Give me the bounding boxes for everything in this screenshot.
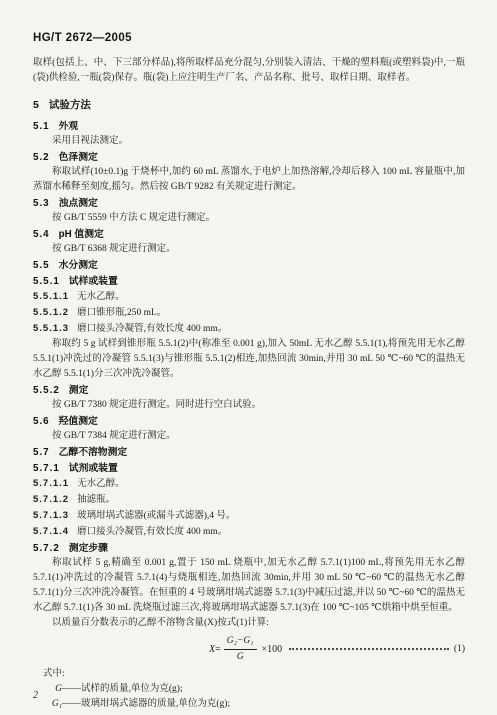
equation-1: X=G₂−G₁G×100(1) (33, 635, 465, 664)
symbol-term: G₁ (45, 697, 62, 712)
clause-item-text: 磨口接头冷凝管,有效长度 400 mm。 (77, 324, 227, 334)
clause-item-number: 5.7.1.3 (33, 510, 69, 521)
page-number: 2 (33, 690, 38, 701)
clause-item-5-7-1-4: 5.7.1.4磨口接头冷凝管,有效长度 400 mm。 (33, 524, 465, 540)
clause-title: 试剂或装置 (69, 463, 118, 474)
clause-item-5-5-1-2: 5.5.1.2磨口锥形瓶,250 mL。 (33, 305, 465, 321)
body-paragraph: 按 GB/T 7384 规定进行测定。 (33, 429, 465, 444)
clause-item-text: 抽滤瓶。 (77, 495, 115, 505)
clause-number: 5.1 (33, 121, 50, 132)
clause-item-text: 玻璃坩埚式滤器(或漏斗式滤器),4 号。 (77, 511, 235, 521)
clause-item-5-7-1-3: 5.7.1.3玻璃坩埚式滤器(或漏斗式滤器),4 号。 (33, 508, 465, 524)
clause-number: 5.5 (33, 260, 50, 271)
clause-item-number: 5.7.1.4 (33, 526, 69, 537)
equation-number: (1) (454, 643, 465, 656)
definition-text: 玻璃坩埚式滤器的质量,单位为克(g); (81, 699, 230, 709)
clause-heading-5-7: 5.7乙醇不溶物测定 (33, 445, 465, 460)
clause-heading-5-1: 5.1外观 (33, 119, 465, 134)
clause-item-number: 5.5.1.3 (33, 323, 69, 334)
clause-title: 试样或装置 (69, 276, 118, 287)
clause-item-text: 无水乙醇。 (77, 479, 125, 489)
dotted-leader (289, 648, 449, 650)
clause-title: 羟值测定 (59, 416, 98, 427)
clause-item-5-7-1-1: 5.7.1.1无水乙醇。 (33, 476, 465, 492)
symbol-definition: G——试样的质量,单位为克(g); (33, 682, 465, 697)
fraction-denominator: G (237, 650, 244, 664)
clause-item-5-7-1-2: 5.7.1.2抽滤瓶。 (33, 492, 465, 508)
fraction: G₂−G₁G (224, 635, 257, 664)
document-page: HG/T 2672—2005 取样(包括上、中、下三部分样品),将所取样品充分混… (0, 0, 497, 715)
clause-title: 测定步骤 (69, 543, 108, 554)
clause-number: 5.7.2 (33, 543, 60, 554)
clause-title: 乙醇不溶物测定 (59, 447, 128, 458)
definition-dash: —— (62, 699, 81, 709)
body-paragraph: 称取试样 5 g,精确至 0.001 g,置于 150 mL 烧瓶中,加无水乙醇… (33, 556, 465, 616)
clause-heading-5: 5试验方法 (33, 98, 465, 113)
body-paragraph: 按 GB/T 5559 中方法 C 规定进行测定。 (33, 211, 465, 226)
clause-title: 水分测定 (59, 260, 98, 271)
clause-heading-5-5-1: 5.5.1试样或装置 (33, 274, 465, 289)
clause-number: 5.7.1 (33, 463, 60, 474)
definition-dash: —— (62, 684, 81, 694)
definition-text: 试样的质量,单位为克(g); (81, 684, 183, 694)
body-paragraph: 以质量百分数表示的乙醇不溶物含量(X)按式(1)计算: (33, 616, 465, 631)
clause-item-number: 5.5.1.1 (33, 291, 69, 302)
symbol-term: G (45, 682, 62, 697)
formula-where-label: 式中: (33, 667, 465, 682)
clause-item-text: 无水乙醇。 (77, 292, 125, 302)
clause-heading-5-3: 5.3浊点测定 (33, 196, 465, 211)
clause-number: 5.4 (33, 229, 50, 240)
clause-item-5-5-1-3: 5.5.1.3磨口接头冷凝管,有效长度 400 mm。 (33, 321, 465, 337)
clause-number: 5 (33, 99, 40, 111)
body-paragraph: 取样(包括上、中、下三部分样品),将所取样品充分混匀,分别装入清洁、干燥的塑料瓶… (33, 56, 465, 86)
body-paragraph: 按 GB/T 7380 规定进行测定。同时进行空白试验。 (33, 398, 465, 413)
document-body: 取样(包括上、中、下三部分样品),将所取样品充分混匀,分别装入清洁、干燥的塑料瓶… (33, 56, 465, 712)
clause-heading-5-5: 5.5水分测定 (33, 258, 465, 273)
clause-title: 浊点测定 (59, 198, 98, 209)
fraction-numerator: G₂−G₁ (224, 635, 257, 650)
clause-title: pH 值测定 (59, 229, 104, 240)
clause-item-5-5-1-1: 5.5.1.1无水乙醇。 (33, 289, 465, 305)
clause-title: 测定 (69, 385, 89, 396)
clause-item-number: 5.5.1.2 (33, 307, 69, 318)
clause-number: 5.5.2 (33, 385, 60, 396)
clause-item-text: 磨口锥形瓶,250 mL。 (77, 308, 166, 318)
body-paragraph: 采用目视法测定。 (33, 134, 465, 149)
clause-number: 5.5.1 (33, 276, 60, 287)
clause-heading-5-6: 5.6羟值测定 (33, 414, 465, 429)
clause-title: 试验方法 (49, 99, 91, 111)
clause-number: 5.3 (33, 198, 50, 209)
clause-title: 色泽测定 (59, 152, 98, 163)
clause-item-number: 5.7.1.2 (33, 494, 69, 505)
equals-sign: = (215, 643, 221, 656)
body-paragraph: 称取试样(10±0.1)g 于烧杯中,加约 60 mL 蒸馏水,于电炉上加热溶解… (33, 165, 465, 195)
symbol-definition: G₁——玻璃坩埚式滤器的质量,单位为克(g); (33, 697, 465, 712)
clause-number: 5.2 (33, 152, 50, 163)
clause-heading-5-7-2: 5.7.2测定步骤 (33, 541, 465, 556)
clause-item-text: 磨口接头冷凝管,有效长度 400 mm。 (77, 527, 227, 537)
clause-heading-5-5-2: 5.5.2测定 (33, 383, 465, 398)
clause-heading-5-7-1: 5.7.1试剂或装置 (33, 461, 465, 476)
clause-heading-5-4: 5.4pH 值测定 (33, 227, 465, 242)
clause-item-number: 5.7.1.1 (33, 478, 69, 489)
clause-heading-5-2: 5.2色泽测定 (33, 150, 465, 165)
standard-number-header: HG/T 2672—2005 (33, 32, 132, 44)
formula-multiplier: ×100 (262, 643, 283, 656)
body-paragraph: 称取约 5 g 试样到锥形瓶 5.5.1(2)中(称准至 0.001 g),加入… (33, 337, 465, 382)
clause-title: 外观 (59, 121, 79, 132)
clause-number: 5.6 (33, 416, 50, 427)
clause-number: 5.7 (33, 447, 50, 458)
body-paragraph: 按 GB/T 6368 规定进行测定。 (33, 242, 465, 257)
